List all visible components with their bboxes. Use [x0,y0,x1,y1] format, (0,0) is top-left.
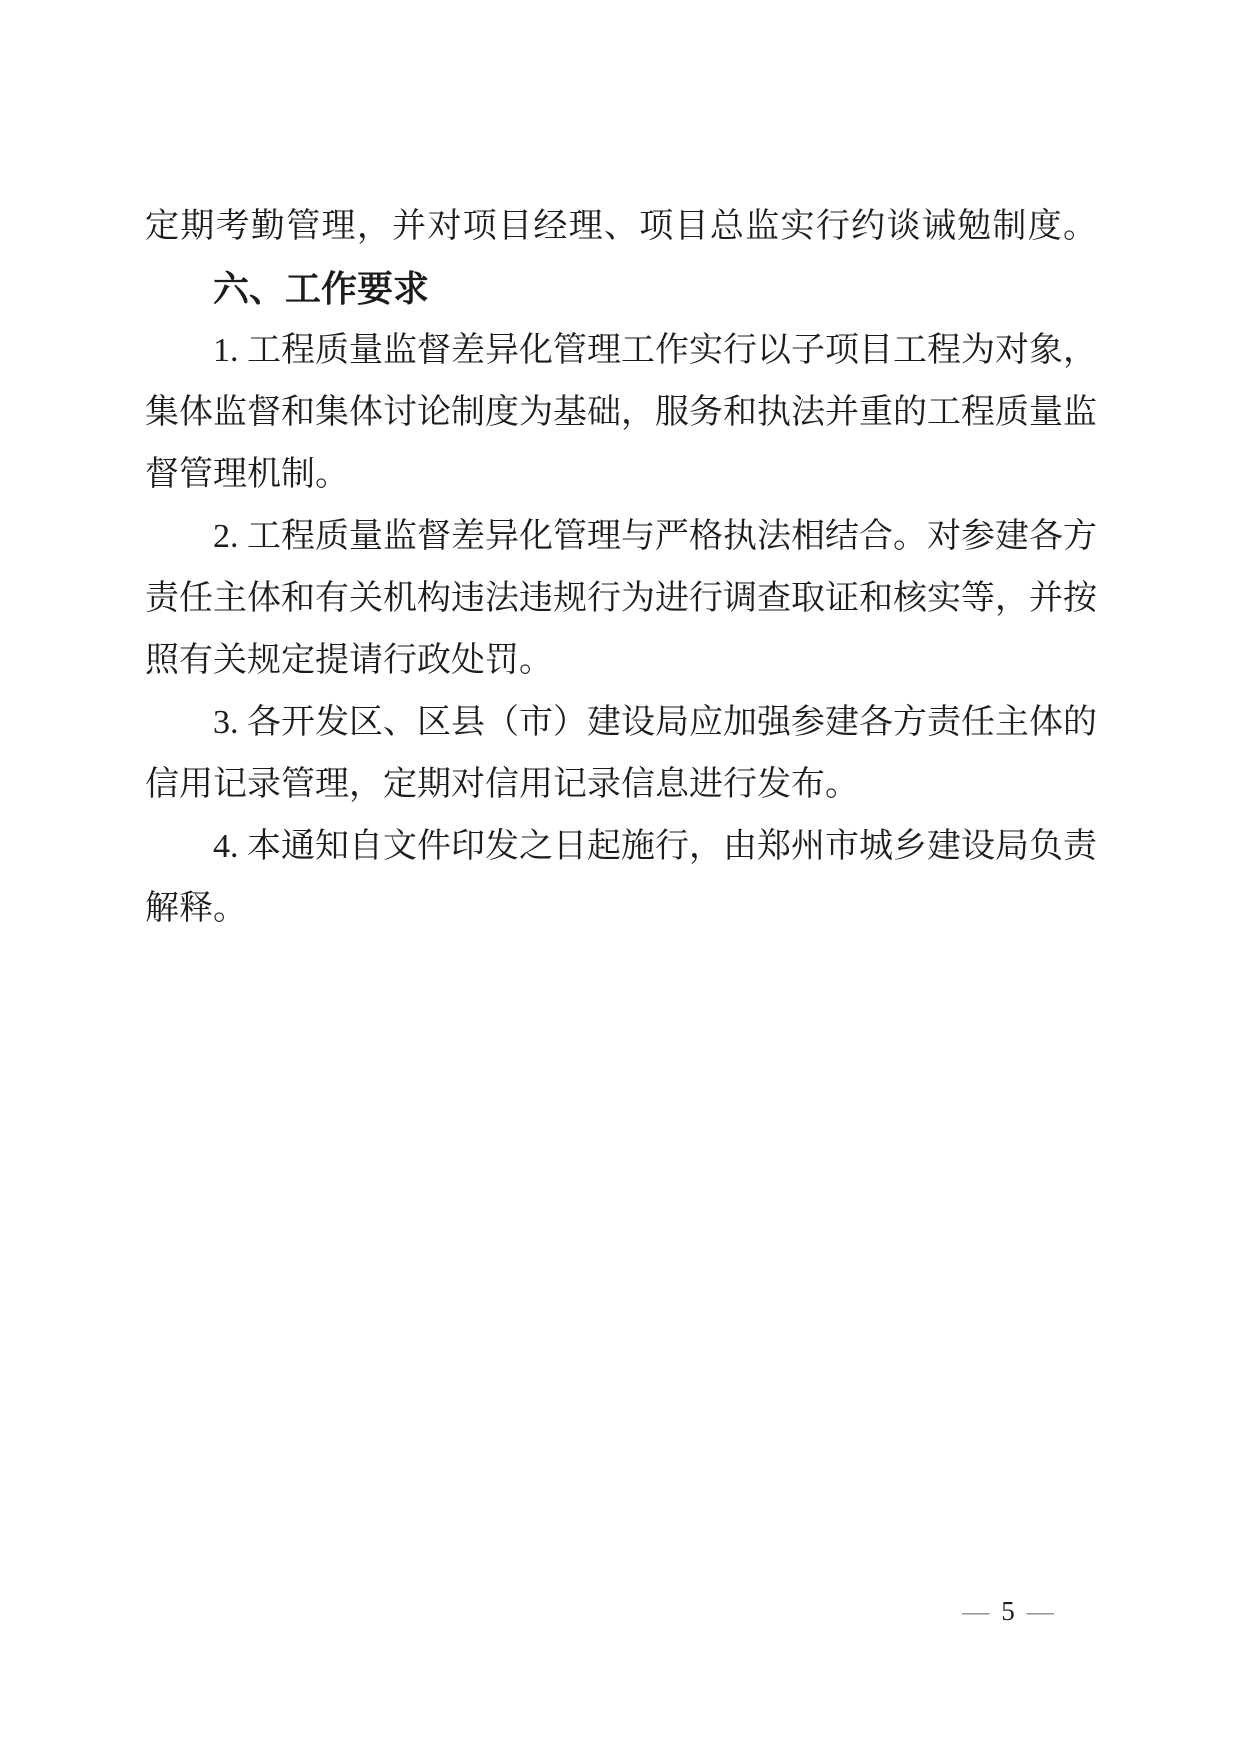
document-body: 定期考勤管理，并对项目经理、项目总监实行约谈诫勉制度。 六、工作要求 1. 工程… [145,196,1097,940]
section-heading: 六、工作要求 [145,258,1097,320]
page-number-dash-right: — [1027,1594,1054,1628]
text-line: 责任主体和有关机构违法违规行为进行调查取证和核实等，并按 [145,568,1097,630]
page-number: 5 [1001,1594,1015,1628]
text-line: 解释。 [145,878,1097,940]
text-line: 2. 工程质量监督差异化管理与严格执法相结合。对参建各方 [145,506,1097,568]
text-line: 4. 本通知自文件印发之日起施行，由郑州市城乡建设局负责 [145,816,1097,878]
text-line: 照有关规定提请行政处罚。 [145,630,1097,692]
page-number-dash-left: — [962,1594,989,1628]
document-page: 定期考勤管理，并对项目经理、项目总监实行约谈诫勉制度。 六、工作要求 1. 工程… [0,0,1241,1755]
text-line: 督管理机制。 [145,444,1097,506]
text-line: 定期考勤管理，并对项目经理、项目总监实行约谈诫勉制度。 [145,196,1097,258]
text-line: 3. 各开发区、区县（市）建设局应加强参建各方责任主体的 [145,692,1097,754]
text-line: 信用记录管理，定期对信用记录信息进行发布。 [145,754,1097,816]
text-line: 集体监督和集体讨论制度为基础，服务和执法并重的工程质量监 [145,382,1097,444]
text-line: 1. 工程质量监督差异化管理工作实行以子项目工程为对象， [145,320,1097,382]
page-footer: — 5 — [903,1594,1113,1628]
